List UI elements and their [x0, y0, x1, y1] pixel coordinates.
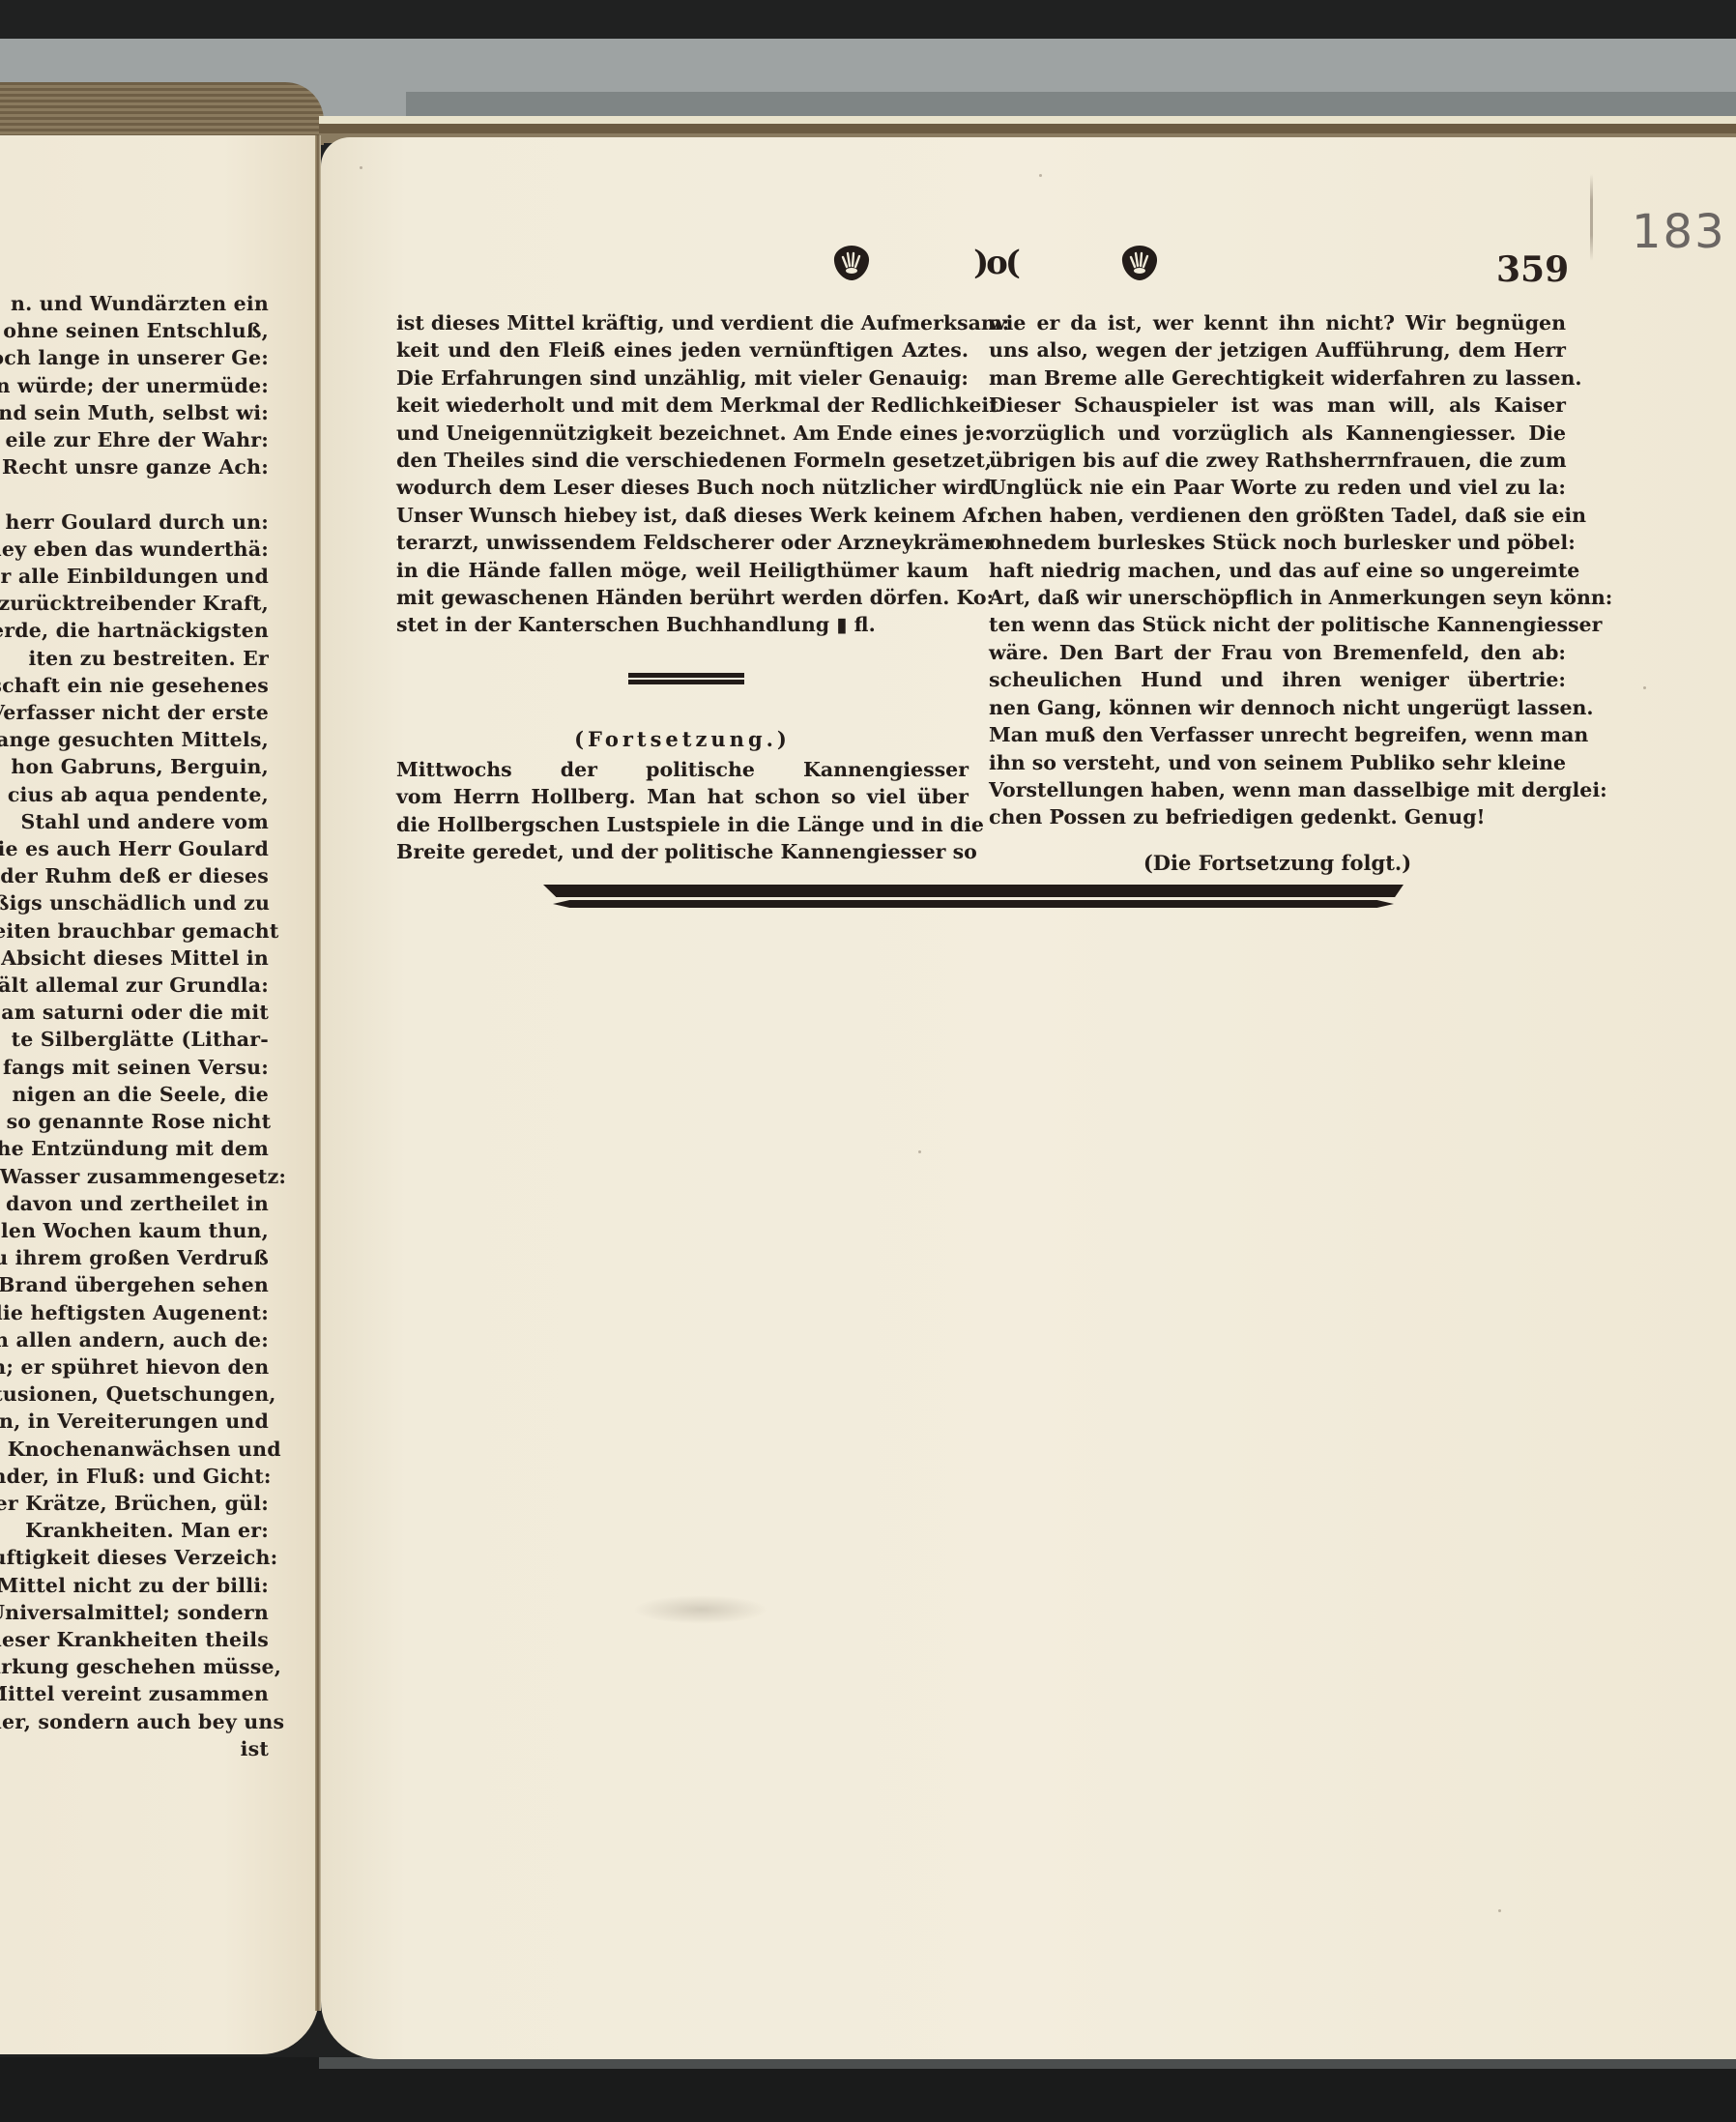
text-line: scheulichen Hund und ihren weniger übert…	[989, 666, 1566, 693]
text-line: keit wiederholt und mit dem Merkmal der …	[396, 392, 969, 419]
text-line: lange gesuchten Mittels,	[0, 726, 269, 753]
column-right-theatre: wie er da ist, wer kennt ihn nicht? Wir …	[989, 309, 1566, 831]
text-line: die Hollbergschen Lustspiele in die Läng…	[396, 811, 969, 838]
paper-speck	[1039, 174, 1042, 177]
text-line: Verfasser nicht der erste	[0, 699, 269, 726]
text-line: heiten brauchbar gemacht	[0, 917, 269, 945]
text-line: ist	[0, 1735, 269, 1762]
text-line: nigen an die Seele, die	[0, 1081, 269, 1108]
text-line: chen Possen zu befriedigen gedenkt. Genu…	[989, 803, 1566, 830]
text-line: ten wenn das Stück nicht der politische …	[989, 611, 1566, 638]
text-line: änder, in Fluß: und Gicht:	[0, 1463, 269, 1490]
page-number: 359	[1496, 249, 1569, 290]
text-line: d Wasser zusammengesetz:	[0, 1163, 269, 1190]
text-line: haft niedrig machen, und das auf eine so…	[989, 557, 1566, 584]
text-line: cius ab aqua pendente,	[0, 781, 269, 808]
column-left-theatre: Mittwochs der politische Kannengiesservo…	[396, 756, 969, 866]
text-line: s ohne seinen Entschluß,	[0, 317, 269, 344]
text-line: ielen Wochen kaum thun,	[0, 1217, 269, 1244]
text-line: Mittel nicht zu der billi:	[0, 1572, 269, 1599]
text-line: on allen andern, auch de:	[0, 1326, 269, 1353]
text-line: Absicht dieses Mittel in	[0, 945, 269, 972]
text-line: wäre. Den Bart der Frau von Bremenfeld, …	[989, 639, 1566, 666]
paper-speck	[1498, 1909, 1501, 1912]
text-line: man Breme alle Gerechtigkeit widerfahren…	[989, 364, 1566, 392]
section-heading: (Fortsetzung.)	[396, 727, 969, 751]
text-line: zu ihrem großen Verdruß	[0, 1244, 269, 1271]
text-line: davon und zertheilet in	[0, 1190, 269, 1217]
text-line: er Krätze, Brüchen, gül:	[0, 1490, 269, 1517]
text-line: Mittwochs der politische Kannengiesser	[396, 756, 969, 783]
text-line: en; er spühret hievon den	[0, 1353, 269, 1381]
text-line: mit gewaschenen Händen berührt werden dö…	[396, 584, 969, 611]
text-line: Recht unsre ganze Ach:	[0, 453, 269, 480]
short-double-rule	[628, 673, 744, 684]
text-line: stet in der Kanterschen Buchhandlung ▮ f…	[396, 611, 969, 638]
text-line: in die Hände fallen möge, weil Heiligthü…	[396, 557, 969, 584]
text-line: vorzüglich und vorzüglich als Kannengies…	[989, 420, 1566, 447]
text-line: die heftigsten Augenent:	[0, 1299, 269, 1326]
text-line: llier, sondern auch bey uns	[0, 1708, 269, 1735]
text-line: ley eben das wunderthä:	[0, 536, 269, 563]
archive-folio-number: 183	[1632, 205, 1726, 259]
text-line: nen Gang, können wir dennoch nicht unger…	[989, 694, 1566, 721]
text-line: äuftigkeit dieses Verzeich:	[0, 1544, 269, 1571]
text-line: hält allemal zur Grundla:	[0, 972, 269, 999]
text-line: nd sein Muth, selbst wi:	[0, 399, 269, 426]
text-line: ie es auch Herr Goulard	[0, 835, 269, 862]
text-line: en, in Vereiterungen und	[0, 1408, 269, 1435]
text-line: hon Gabruns, Berguin,	[0, 753, 269, 780]
text-line: wodurch dem Leser dieses Buch noch nützl…	[396, 474, 969, 501]
text-line: Mittel vereint zusammen	[0, 1680, 269, 1707]
text-line: Die Erfahrungen sind unzählig, mit viele…	[396, 364, 969, 392]
text-line: Brand übergehen sehen	[0, 1271, 269, 1298]
text-line: Krankheiten. Man er:	[0, 1517, 269, 1544]
text-line: vom Herrn Hollberg. Man hat schon so vie…	[396, 783, 969, 810]
text-line: herr Goulard durch un:	[0, 509, 269, 536]
text-line: verde, die hartnäckigsten	[0, 617, 269, 644]
text-line: r alle Einbildungen und	[0, 563, 269, 590]
text-line	[0, 480, 269, 508]
paper-speck	[360, 166, 362, 169]
text-line: dieser Krankheiten theils	[0, 1626, 269, 1653]
text-line: am saturni oder die mit	[0, 999, 269, 1026]
text-line: n. und Wundärzten ein	[0, 290, 269, 317]
text-line: Unser Wunsch hiebey ist, daß dieses Werk…	[396, 502, 969, 529]
text-line: und Uneigennützigkeit bezeichnet. Am End…	[396, 420, 969, 447]
text-line: übrigen bis auf die zwey Rathsherrnfraue…	[989, 447, 1566, 474]
text-line: iten zu bestreiten. Er	[0, 645, 269, 672]
text-line: ohnedem burleskes Stück noch burlesker u…	[989, 529, 1566, 556]
text-line: ie so genannte Rose nicht	[0, 1108, 269, 1135]
text-line: n, Knochenanwächsen und	[0, 1436, 269, 1463]
text-line: Stahl und andere vom	[0, 808, 269, 835]
text-line: Breite geredet, und der politische Kanne…	[396, 838, 969, 865]
text-line: ntusionen, Quetschungen,	[0, 1381, 269, 1408]
shell-ornament-icon	[831, 244, 872, 282]
paper-speck	[918, 1150, 921, 1153]
text-line: Eßigs unschädlich und zu	[0, 889, 269, 916]
text-line: schaft ein nie gesehenes	[0, 672, 269, 699]
text-line: uns also, wegen der jetzigen Aufführung,…	[989, 336, 1566, 363]
text-line: chen haben, verdienen den größten Tadel,…	[989, 502, 1566, 529]
text-line: terarzt, unwissendem Feldscherer oder Ar…	[396, 529, 969, 556]
text-line: den Theiles sind die verschiedenen Forme…	[396, 447, 969, 474]
text-line: Vorstellungen haben, wenn man dasselbige…	[989, 776, 1566, 803]
continuation-note: (Die Fortsetzung folgt.)	[989, 851, 1566, 875]
shell-ornament-icon	[1119, 244, 1160, 282]
column-left-review: ist dieses Mittel kräftig, und verdient …	[396, 309, 969, 639]
text-line: Unglück nie ein Paar Worte zu reden und …	[989, 474, 1566, 501]
text-line: der Ruhm deß er dieses	[0, 862, 269, 889]
pencil-mark	[1590, 174, 1593, 261]
text-line: te Silberglätte (Lithar-	[0, 1026, 269, 1053]
text-line: Dieser Schauspieler ist was man will, al…	[989, 392, 1566, 419]
text-line: wie er da ist, wer kennt ihn nicht? Wir …	[989, 309, 1566, 336]
text-line: eile zur Ehre der Wahr:	[0, 426, 269, 453]
running-head: )o(	[831, 244, 1160, 282]
text-line: n würde; der unermüde:	[0, 372, 269, 399]
text-line: ihn so versteht, und von seinem Publiko …	[989, 749, 1566, 776]
text-line: Universalmittel; sondern	[0, 1599, 269, 1626]
left-page-text: n. und Wundärzten eins ohne seinen Entsc…	[0, 290, 269, 1762]
text-line: ist dieses Mittel kräftig, und verdient …	[396, 309, 969, 336]
paper-speck	[1643, 686, 1646, 689]
text-line: keit und den Fleiß eines jeden vernünfti…	[396, 336, 969, 363]
closing-double-rule	[543, 885, 1403, 908]
left-page: n. und Wundärzten eins ohne seinen Entsc…	[0, 135, 319, 2054]
text-line: Art, daß wir unerschöpflich in Anmerkung…	[989, 584, 1566, 611]
center-ornament: )o(	[973, 244, 1018, 282]
text-line: zurücktreibender Kraft,	[0, 590, 269, 617]
text-line: che Entzündung mit dem	[0, 1135, 269, 1162]
text-line: fangs mit seinen Versu:	[0, 1054, 269, 1081]
text-line: tärkung geschehen müsse,	[0, 1653, 269, 1680]
paper-stain	[633, 1595, 768, 1624]
text-line: och lange in unserer Ge:	[0, 344, 269, 371]
text-line: Man muß den Verfasser unrecht begreifen,…	[989, 721, 1566, 748]
